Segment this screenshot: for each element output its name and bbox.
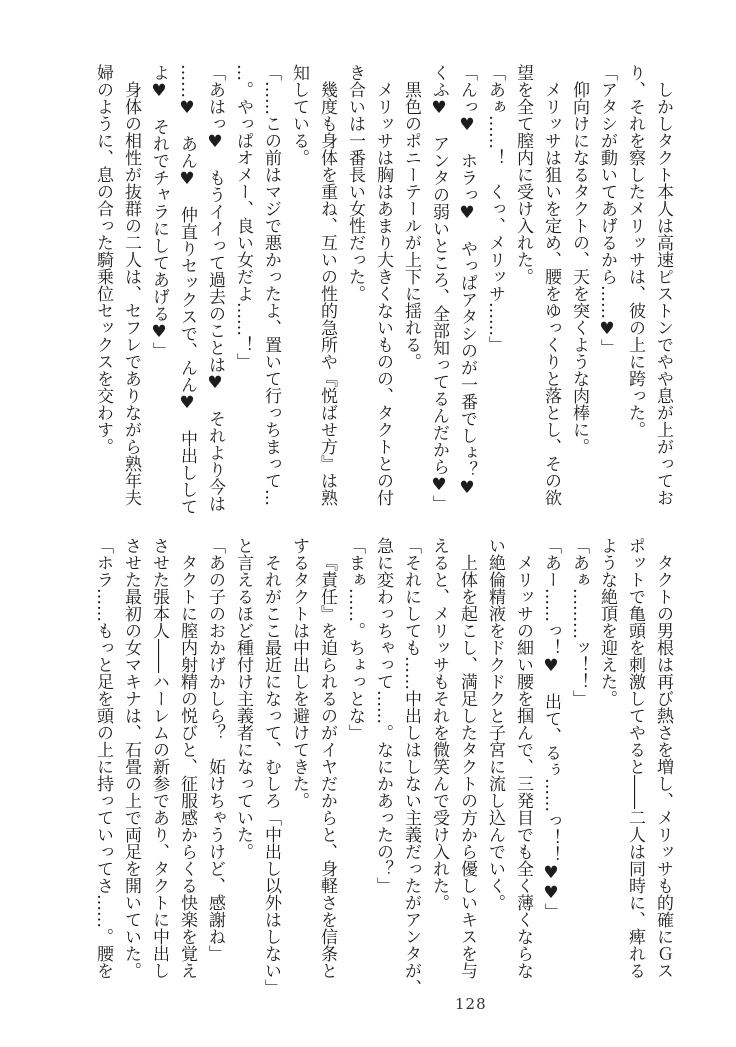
text-line: 「アタシが動いてあげるから……♥」 [593, 64, 621, 506]
text-line: えると、メリッサもそれを微笑んで受け入れた。 [425, 537, 453, 979]
page-number: 128 [455, 995, 487, 1013]
text-line: 仰向けになるタクトの、天を突くような肉棒に。 [565, 64, 593, 506]
text-line: タクトに膣内射精の悦びと、征服感からくる快楽を覚え [173, 537, 201, 979]
novel-page: しかしタクト本人は高速ピストンでやや息が上がっており、それを察したメリッサは、彼… [0, 0, 736, 1047]
text-line: くふ♥ アンタの弱いところ、全部知ってるんだから♥」 [425, 64, 453, 506]
text-line: 「あの子のおかげかしら？ 妬けちゃうけど、感謝ね」 [201, 537, 229, 979]
text-line: 『責任』を迫られるのがイヤだからと、身軽さを信条と [313, 537, 341, 979]
text-line: と言えるほど種付け主義者になっていた。 [229, 537, 257, 979]
text-line: メリッサは胸はあまり大きくないものの、タクトとの付 [369, 64, 397, 506]
text-line: タクトの男根は再び熱さを増し、メリッサも的確にＧス [649, 537, 677, 979]
text-line: 上体を起こし、満足したタクトの方から優しいキスを与 [453, 537, 481, 979]
text-line: 「あー……っ！♥ 出て、るぅ……っ！！♥♥」 [537, 537, 565, 979]
text-line: 婦のように、息の合った騎乗位セックスを交わす。 [89, 64, 117, 506]
text-line: 「あぁ……！ くっ、メリッサ……」 [481, 64, 509, 506]
text-line: それがここ最近になって、むしろ「中出し以外はしない」 [257, 537, 285, 979]
text-line: ような絶頂を迎えた。 [593, 537, 621, 979]
text-line: 身体の相性が抜群の二人は、セフレでありながら熟年夫 [117, 64, 145, 506]
text-line: ……♥ あん♥ 仲直りセックスで、んん♥ 中出しして [173, 64, 201, 506]
text-line: させた張本人――ハーレムの新参であり、タクトに中出し [145, 537, 173, 979]
text-line: 「あはっ♥ もうイイって過去のことは♥ それより今は [201, 64, 229, 506]
text-line: メリッサの細い腰を掴んで、三発目でも全く薄くならな [509, 537, 537, 979]
text-line: 急に変わっちゃって……。なにかあったの？」 [369, 537, 397, 979]
text-line: り、それを察したメリッサは、彼の上に跨った。 [621, 64, 649, 506]
text-line: するタクトは中出しを避けてきた。 [285, 537, 313, 979]
text-line: 「……この前はマジで悪かったよ、置いて行っちまって… [257, 64, 285, 506]
text-line: 「あぁ………ッ！！」 [565, 537, 593, 979]
text-line: 「ホラ……もっと足を頭の上に持っていってさ……。腰を [89, 537, 117, 979]
text-line: 「それにしても……中出しはしない主義だったがアンタが、 [397, 537, 425, 979]
text-line: 黒色のポニーテールが上下に揺れる。 [397, 64, 425, 506]
text-line: 幾度も身体を重ね、互いの性的急所や『悦ばせ方』は熟 [313, 64, 341, 506]
text-line: 望を全て膣内に受け入れた。 [509, 64, 537, 506]
text-line: メリッサは狙いを定め、腰をゆっくりと落とし、その欲 [537, 64, 565, 506]
text-line: 「まぁ……。ちょっとな」 [341, 537, 369, 979]
text-line: ポットで亀頭を刺激してやると――二人は同時に、痺れる [621, 537, 649, 979]
text-line: い絶倫精液をドクドクと子宮に流し込んでいく。 [481, 537, 509, 979]
text-section-bottom: タクトの男根は再び熱さを増し、メリッサも的確にＧスポットで亀頭を刺激してやると―… [89, 537, 677, 979]
text-section-top: しかしタクト本人は高速ピストンでやや息が上がっており、それを察したメリッサは、彼… [89, 64, 677, 506]
text-line: …。やっぱオメー、良い女だよ……！」 [229, 64, 257, 506]
text-line: よ♥ それでチャラにしてあげる♥」 [145, 64, 173, 506]
text-line: しかしタクト本人は高速ピストンでやや息が上がってお [649, 64, 677, 506]
text-line: 知している。 [285, 64, 313, 506]
text-line: き合いは一番長い女性だった。 [341, 64, 369, 506]
text-line: 「んっ♥ ホラっ♥ やっぱアタシのが一番でしょ？♥ [453, 64, 481, 506]
text-line: させた最初の女マキナは、石畳の上で両足を開いていた。 [117, 537, 145, 979]
